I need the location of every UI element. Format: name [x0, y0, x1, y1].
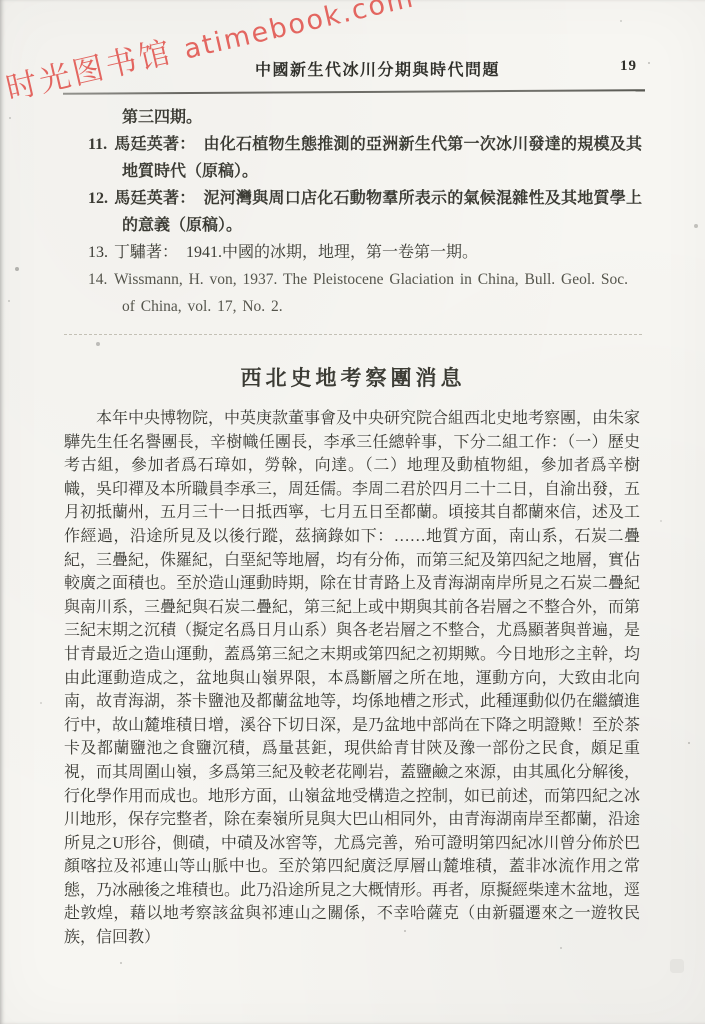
reference-item-14: 14.Wissmann, H. von, 1937. The Pleistoce…: [64, 266, 642, 320]
section-divider: [64, 334, 642, 335]
reference-number: 12.: [88, 185, 114, 212]
reference-author: 馬廷英著：: [114, 136, 196, 153]
reference-text: 泥河灣與周口店化石動物羣所表示的氣候混雜性及其地質學上的意義（原稿）。: [122, 190, 642, 234]
article-paragraph: 本年中央博物院，中英庚款董事會及中央研究院合組西北史地考察團，由朱家驊先生任名譽…: [64, 407, 640, 950]
reference-number: 13.: [88, 239, 114, 266]
article-title: 西北史地考察團消息: [64, 362, 642, 392]
watermark-domain: atimebook.com: [181, 0, 418, 66]
header-rule: [63, 89, 645, 95]
scan-noise-specks: [0, 0, 2, 2]
reference-number: 14.: [88, 266, 114, 293]
reference-text: Wissmann, H. von, 1937. The Pleistocene …: [114, 271, 628, 315]
reference-author: 丁驌著：: [114, 244, 178, 261]
reference-number: 11.: [88, 131, 114, 158]
running-title: 中國新生代冰川分期與時代問題: [25, 57, 705, 80]
page-number: 19: [620, 58, 637, 75]
reference-item-12: 12.馬廷英著：泥河灣與周口店化石動物羣所表示的氣候混雜性及其地質學上的意義（原…: [64, 185, 642, 239]
reference-carryover-line: 第三四期。: [64, 104, 642, 131]
scanned-page: 时光图书馆atimebook.com 中國新生代冰川分期與時代問題 19 第三四…: [0, 0, 705, 1024]
page-header: 中國新生代冰川分期與時代問題 19: [0, 57, 705, 83]
page-content: 第三四期。 11.馬廷英著：由化石植物生態推測的亞洲新生代第一次冰川發達的規模及…: [64, 104, 642, 950]
reference-item-13: 13.丁驌著：1941.中國的冰期，地理，第一卷第一期。: [64, 239, 642, 266]
reference-item-11: 11.馬廷英著：由化石植物生態推測的亞洲新生代第一次冰川發達的規模及其地質時代（…: [64, 131, 642, 185]
reference-text: 1941.中國的冰期，地理，第一卷第一期。: [186, 244, 478, 261]
reference-author: 馬廷英著：: [114, 190, 196, 207]
reference-text: 由化石植物生態推測的亞洲新生代第一次冰川發達的規模及其地質時代（原稿）。: [122, 136, 642, 180]
